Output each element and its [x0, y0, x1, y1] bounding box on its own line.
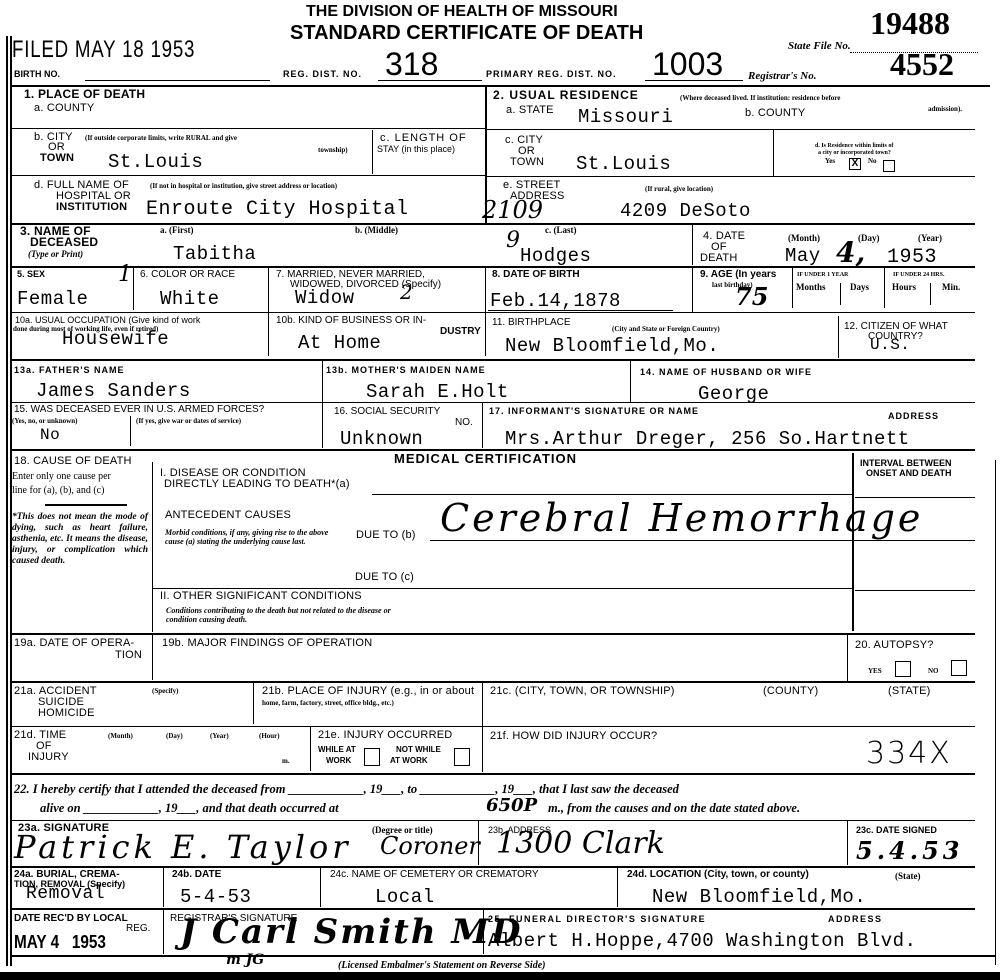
physician-address: 1300 Clark	[496, 826, 665, 861]
armed-forces-value: No	[40, 426, 60, 444]
hospital-label-3: INSTITUTION	[56, 202, 127, 214]
certification-line-2a: alive on ____________, 19___, and that d…	[40, 801, 339, 815]
death-city-note-2: township)	[318, 147, 348, 154]
ssn-value: Unknown	[340, 428, 423, 450]
informant-value: Mrs.Arthur Dreger, 256 So.Hartnett	[505, 428, 910, 450]
dod-year-label: (Year)	[918, 234, 942, 243]
cemetery-value: Local	[375, 886, 435, 908]
armed-forces-note-1: (Yes, no, or unknown)	[12, 418, 77, 425]
antecedent-note: Morbid conditions, if any, giving rise t…	[165, 528, 345, 546]
residence-city-value: St.Louis	[576, 153, 671, 175]
autopsy-label: 20. AUTOPSY?	[855, 640, 934, 652]
due-to-c-label: DUE TO (c)	[355, 572, 414, 584]
middle-name-label: b. (Middle)	[355, 226, 398, 235]
date-received-value: MAY 4 1953	[14, 932, 106, 953]
street-value: 4209 DeSoto	[620, 200, 751, 222]
filed-stamp: FILED MAY 18 1953	[12, 36, 195, 64]
race-label: 6. COLOR OR RACE	[140, 270, 235, 281]
mother-value: Sarah E.Holt	[366, 381, 509, 403]
first-name-label: a. (First)	[160, 226, 194, 235]
mother-label: 13b. MOTHER'S MAIDEN NAME	[326, 366, 486, 375]
degree-value: Coroner	[380, 832, 480, 860]
armed-forces-note-2: (If yes, give war or dates of service)	[136, 418, 241, 425]
certification-line-1: 22. I hereby certify that I attended the…	[14, 782, 679, 796]
business-label: 10b. KIND OF BUSINESS OR IN-	[276, 316, 426, 327]
death-city-value: St.Louis	[108, 151, 203, 173]
dod-month-value: May	[785, 245, 821, 267]
injury-occurred-label: 21e. INJURY OCCURRED	[318, 730, 452, 742]
place-of-death-label: 1. PLACE OF DEATH	[24, 88, 145, 101]
age-value: 75	[735, 282, 768, 311]
business-value: At Home	[298, 332, 381, 354]
state-file-label: State File No.	[788, 40, 851, 53]
injury-year-label: (Year)	[210, 733, 229, 740]
reg-dist-label: REG. DIST. NO.	[283, 70, 362, 79]
location-label: 24d. LOCATION (City, town, or county)	[627, 870, 809, 881]
primary-reg-dist-no: 1003	[652, 46, 723, 83]
burial-value: Removal	[26, 884, 105, 904]
cause-of-death-label: 18. CAUSE OF DEATH	[14, 456, 132, 468]
birthplace-value: New Bloomfield,Mo.	[505, 335, 719, 357]
state-file-no: 19488	[870, 5, 950, 42]
registrar-signature: J Carl Smith MD	[180, 912, 523, 952]
medical-certification-title: MEDICAL CERTIFICATION	[394, 452, 577, 466]
informant-label: 17. INFORMANT'S SIGNATURE OR NAME	[489, 407, 699, 416]
min-label: Min.	[942, 283, 960, 292]
residence-state-label: a. STATE	[506, 105, 554, 117]
deceased-name-label-3: (Type or Print)	[28, 249, 83, 259]
residence-state-value: Missouri	[578, 106, 673, 128]
injury-county-label: (COUNTY)	[763, 686, 818, 698]
cause-b-value: Cerebral Hemorrhage	[440, 496, 923, 540]
location-value: New Bloomfield,Mo.	[652, 886, 866, 908]
within-limits-yes-checkbox[interactable]: X	[849, 158, 861, 170]
autopsy-yes-label: YES	[868, 668, 882, 675]
operation-findings-label: 19b. MAJOR FINDINGS OF OPERATION	[162, 638, 372, 650]
death-city-label-town: TOWN	[40, 153, 74, 165]
street-note: (If rural, give location)	[645, 186, 713, 193]
armed-forces-label: 15. WAS DECEASED EVER IN U.S. ARMED FORC…	[14, 405, 264, 416]
embalmer-note: (Licensed Embalmer's Statement on Revers…	[338, 960, 545, 972]
sex-value: Female	[17, 288, 88, 310]
length-of-stay-label: c. LENGTH OF	[380, 133, 467, 145]
hospital-note: (If not in hospital or institution, give…	[150, 183, 337, 190]
usual-residence-label: 2. USUAL RESIDENCE	[493, 89, 639, 102]
days-label: Days	[850, 283, 869, 292]
sex-mark: 1	[118, 262, 132, 287]
other-conditions-note: Conditions contributing to the death but…	[166, 606, 406, 624]
date-signed-label: 23c. DATE SIGNED	[856, 826, 937, 835]
hours-label: Hours	[892, 283, 916, 292]
injury-how-label: 21f. HOW DID INJURY OCCUR?	[490, 731, 657, 743]
usual-residence-note: (Where deceased lived. If institution: r…	[680, 95, 840, 102]
citizen-value: U.S.	[870, 336, 910, 354]
physician-signature: Patrick E. Taylor	[14, 828, 352, 866]
autopsy-no-label: NO	[928, 668, 939, 675]
within-limits-label: d. Is Residence within limits of	[815, 143, 893, 149]
usual-residence-note-2: admission).	[928, 106, 962, 113]
cause-footnote: *This does not mean the mode of dying, s…	[12, 512, 148, 567]
deceased-name-label-2: DECEASED	[30, 236, 98, 249]
informant-address-label: ADDRESS	[888, 412, 939, 421]
ssn-label: 16. SOCIAL SECURITY	[334, 407, 440, 418]
dod-month-label: (Month)	[788, 234, 820, 243]
antecedent-causes-label: ANTECEDENT CAUSES	[165, 510, 291, 522]
injury-state-label: (STATE)	[888, 686, 931, 698]
cemetery-label: 24c. NAME OF CEMETERY OR CREMATORY	[330, 870, 539, 881]
ssn-label-2: NO.	[455, 418, 473, 429]
due-to-b-label: DUE TO (b)	[356, 530, 416, 542]
other-conditions-label: II. OTHER SIGNIFICANT CONDITIONS	[160, 591, 362, 603]
months-label: Months	[796, 283, 826, 292]
father-label: 13a. FATHER'S NAME	[14, 366, 125, 375]
death-county-label: a. COUNTY	[34, 103, 94, 115]
under-1-year-label: IF UNDER 1 YEAR	[797, 272, 848, 278]
occupation-value: Housewife	[62, 328, 169, 350]
birthplace-note: (City and State or Foreign Country)	[612, 326, 720, 333]
disease-condition-label-2: DIRECTLY LEADING TO DEATH*(a)	[164, 479, 350, 491]
injury-place-note: home, farm, factory, street, office bldg…	[262, 700, 394, 707]
certification-line-2b: m., from the causes and on the date stat…	[548, 801, 800, 815]
at-work-label: WHILE AT	[318, 746, 356, 754]
birth-no-label: BIRTH NO.	[14, 70, 60, 79]
race-value: White	[160, 288, 220, 310]
agency-name: THE DIVISION OF HEALTH OF MISSOURI	[306, 3, 618, 21]
last-name-mark: 9	[506, 228, 520, 253]
birthplace-label: 11. BIRTHPLACE	[492, 318, 571, 329]
injury-day-label: (Day)	[166, 733, 183, 740]
hospital-value: Enroute City Hospital	[146, 198, 409, 221]
date-received-label: DATE REC'D BY LOCAL	[14, 914, 128, 925]
interval-label-2: ONSET AND DEATH	[866, 469, 952, 478]
dod-day-value: 4,	[836, 236, 865, 269]
not-at-work-label-2: AT WORK	[390, 757, 428, 765]
date-signed-value: 5.4.53	[856, 836, 964, 865]
last-name-label: c. (Last)	[545, 226, 577, 235]
marital-value: Widow	[295, 287, 355, 309]
funeral-address-label: ADDRESS	[828, 915, 883, 924]
autopsy-yes-checkbox[interactable]	[895, 661, 911, 677]
injury-month-label: (Month)	[108, 733, 133, 740]
reg-dist-no: 318	[385, 46, 438, 83]
spouse-label: 14. NAME OF HUSBAND OR WIFE	[640, 368, 812, 377]
at-work-checkbox[interactable]	[364, 748, 380, 766]
operation-date-label-2: TION	[115, 650, 142, 662]
autopsy-no-checkbox[interactable]	[951, 660, 967, 676]
injury-time-label-3: INJURY	[28, 752, 69, 764]
not-at-work-label: NOT WHILE	[396, 746, 441, 754]
date-received-label-2: REG.	[126, 924, 150, 935]
last-name-value: Hodges	[520, 245, 591, 267]
cause-note-2: line for (a), (b), and (c)	[12, 486, 104, 497]
length-of-stay-label-2: STAY (in this place)	[377, 145, 455, 154]
bottom-border	[0, 972, 1000, 980]
within-limits-yes-label: Yes	[825, 158, 835, 165]
registrar-no: 4552	[890, 46, 954, 83]
sex-label: 5. SEX	[17, 270, 45, 279]
funeral-director-value: Albert H.Hoppe,4700 Washington Blvd.	[488, 930, 916, 952]
funeral-director-label: 25. FUNERAL DIRECTOR'S SIGNATURE	[488, 915, 706, 924]
injury-hour-label: (Hour)	[259, 733, 280, 740]
not-at-work-checkbox[interactable]	[454, 748, 470, 766]
father-value: James Sanders	[36, 380, 191, 402]
primary-reg-dist-label: PRIMARY REG. DIST. NO.	[486, 70, 617, 79]
business-label-2: DUSTRY	[440, 327, 481, 338]
residence-county-label: b. COUNTY	[745, 108, 805, 120]
death-time-value: 650P	[486, 795, 537, 816]
coding-number: 334X	[866, 736, 952, 771]
within-limits-no-checkbox[interactable]	[883, 160, 895, 172]
residence-city-label-town: TOWN	[510, 157, 544, 169]
injury-place-label: 21b. PLACE OF INJURY (e.g., in or about	[262, 686, 474, 698]
death-city-note: (If outside corporate limits, write RURA…	[85, 135, 237, 142]
within-limits-no-label: No	[868, 158, 877, 165]
margin-code: 2109	[482, 196, 543, 224]
dob-label: 8. DATE OF BIRTH	[492, 270, 580, 281]
under-24-hours-label: IF UNDER 24 HRS.	[893, 272, 944, 278]
dob-value: Feb.14,1878	[490, 290, 621, 312]
certificate-title: STANDARD CERTIFICATE OF DEATH	[290, 22, 643, 45]
injury-city-label: 21c. (CITY, TOWN, OR TOWNSHIP)	[490, 686, 675, 698]
within-limits-label-2: a city or incorporated town?	[818, 150, 891, 156]
homicide-label: HOMICIDE	[38, 708, 95, 720]
first-name-value: Tabitha	[173, 243, 256, 265]
at-work-label-2: WORK	[326, 757, 351, 765]
injury-m-label: m.	[282, 758, 290, 765]
registrar-no-label: Registrar's No.	[748, 70, 816, 83]
accident-specify-label: (Specify)	[152, 688, 178, 695]
disposition-date-value: 5-4-53	[180, 886, 251, 908]
cause-note-1: Enter only one cause per	[12, 472, 111, 483]
marital-mark: 2	[400, 280, 413, 304]
date-of-death-label-3: DEATH	[700, 253, 737, 265]
location-state-label: (State)	[895, 872, 921, 881]
disposition-date-label: 24b. DATE	[172, 870, 221, 881]
age-label: 9. AGE (In years	[700, 270, 776, 281]
operation-date-label: 19a. DATE OF OPERA-	[14, 638, 134, 650]
